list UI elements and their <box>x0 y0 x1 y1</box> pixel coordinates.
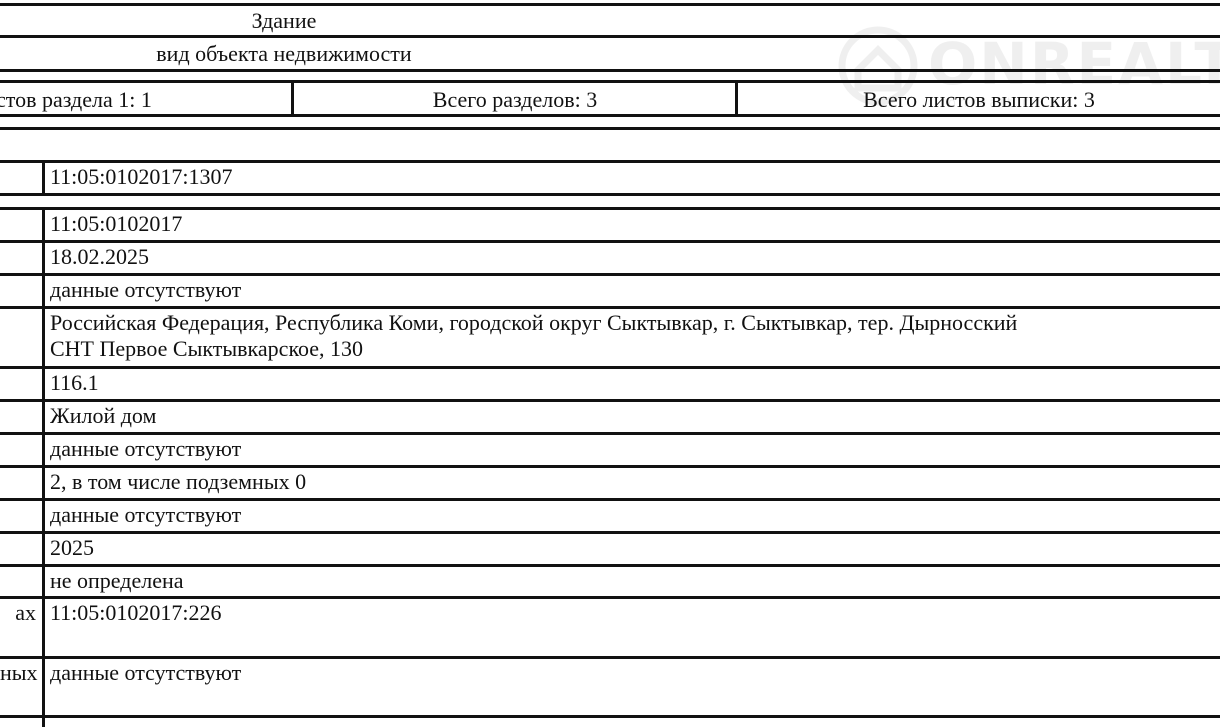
row-label: ах <box>0 600 36 626</box>
row-divider <box>0 207 1220 210</box>
row-value-line2: СНТ Первое Сыктывкарское, 130 <box>50 336 363 362</box>
row-value: данные отсутствуют <box>50 277 241 303</box>
row-divider <box>0 498 1220 501</box>
total-sheets: Всего листов выписки: 3 <box>738 87 1220 113</box>
row-divider <box>0 596 1220 599</box>
row-divider <box>0 193 1220 196</box>
row-value: не определена <box>50 568 184 594</box>
column-divider <box>42 596 45 659</box>
row-divider <box>0 432 1220 435</box>
row-divider <box>0 273 1220 276</box>
row-value: Жилой дом <box>50 403 156 429</box>
divider <box>0 80 1220 83</box>
row-value: 116.1 <box>50 370 99 396</box>
column-divider <box>42 432 45 468</box>
divider <box>0 114 1220 117</box>
row-divider <box>0 715 1220 718</box>
row-value: 2, в том числе подземных 0 <box>50 469 306 495</box>
column-divider <box>42 240 45 276</box>
row-value: Российская Федерация, Республика Коми, г… <box>50 310 1017 336</box>
column-divider <box>42 273 45 309</box>
row-divider <box>0 160 1220 163</box>
divider <box>0 35 1220 38</box>
row-divider <box>0 564 1220 567</box>
row-divider <box>0 240 1220 243</box>
column-divider <box>42 715 45 727</box>
column-divider <box>42 465 45 501</box>
object-type-caption: вид объекта недвижимости <box>0 41 568 67</box>
row-value: 11:05:0102017:226 <box>50 600 222 626</box>
row-value: 11:05:0102017:1307 <box>50 164 233 190</box>
row-divider <box>0 465 1220 468</box>
section-sheets: стов раздела 1: 1 <box>0 87 152 113</box>
column-divider <box>42 306 45 369</box>
divider <box>0 69 1220 72</box>
column-divider <box>42 160 45 196</box>
row-divider <box>0 306 1220 309</box>
total-sections: Всего разделов: 3 <box>294 87 736 113</box>
column-divider <box>42 564 45 599</box>
column-divider <box>42 531 45 567</box>
column-divider <box>42 498 45 534</box>
row-divider <box>0 366 1220 369</box>
divider <box>0 3 1220 6</box>
row-divider <box>0 399 1220 402</box>
row-value: 11:05:0102017 <box>50 211 182 237</box>
row-value: данные отсутствуют <box>50 436 241 462</box>
row-label: ных <box>0 660 36 686</box>
object-type: Здание <box>0 8 568 34</box>
row-divider <box>0 656 1220 659</box>
row-value: 2025 <box>50 535 94 561</box>
column-divider <box>42 366 45 402</box>
row-value: 18.02.2025 <box>50 244 149 270</box>
column-divider <box>42 399 45 435</box>
row-value: данные отсутствуют <box>50 502 241 528</box>
divider <box>0 127 1220 130</box>
row-divider <box>0 531 1220 534</box>
column-divider <box>42 207 45 243</box>
column-divider <box>42 656 45 718</box>
row-value: данные отсутствуют <box>50 660 241 686</box>
